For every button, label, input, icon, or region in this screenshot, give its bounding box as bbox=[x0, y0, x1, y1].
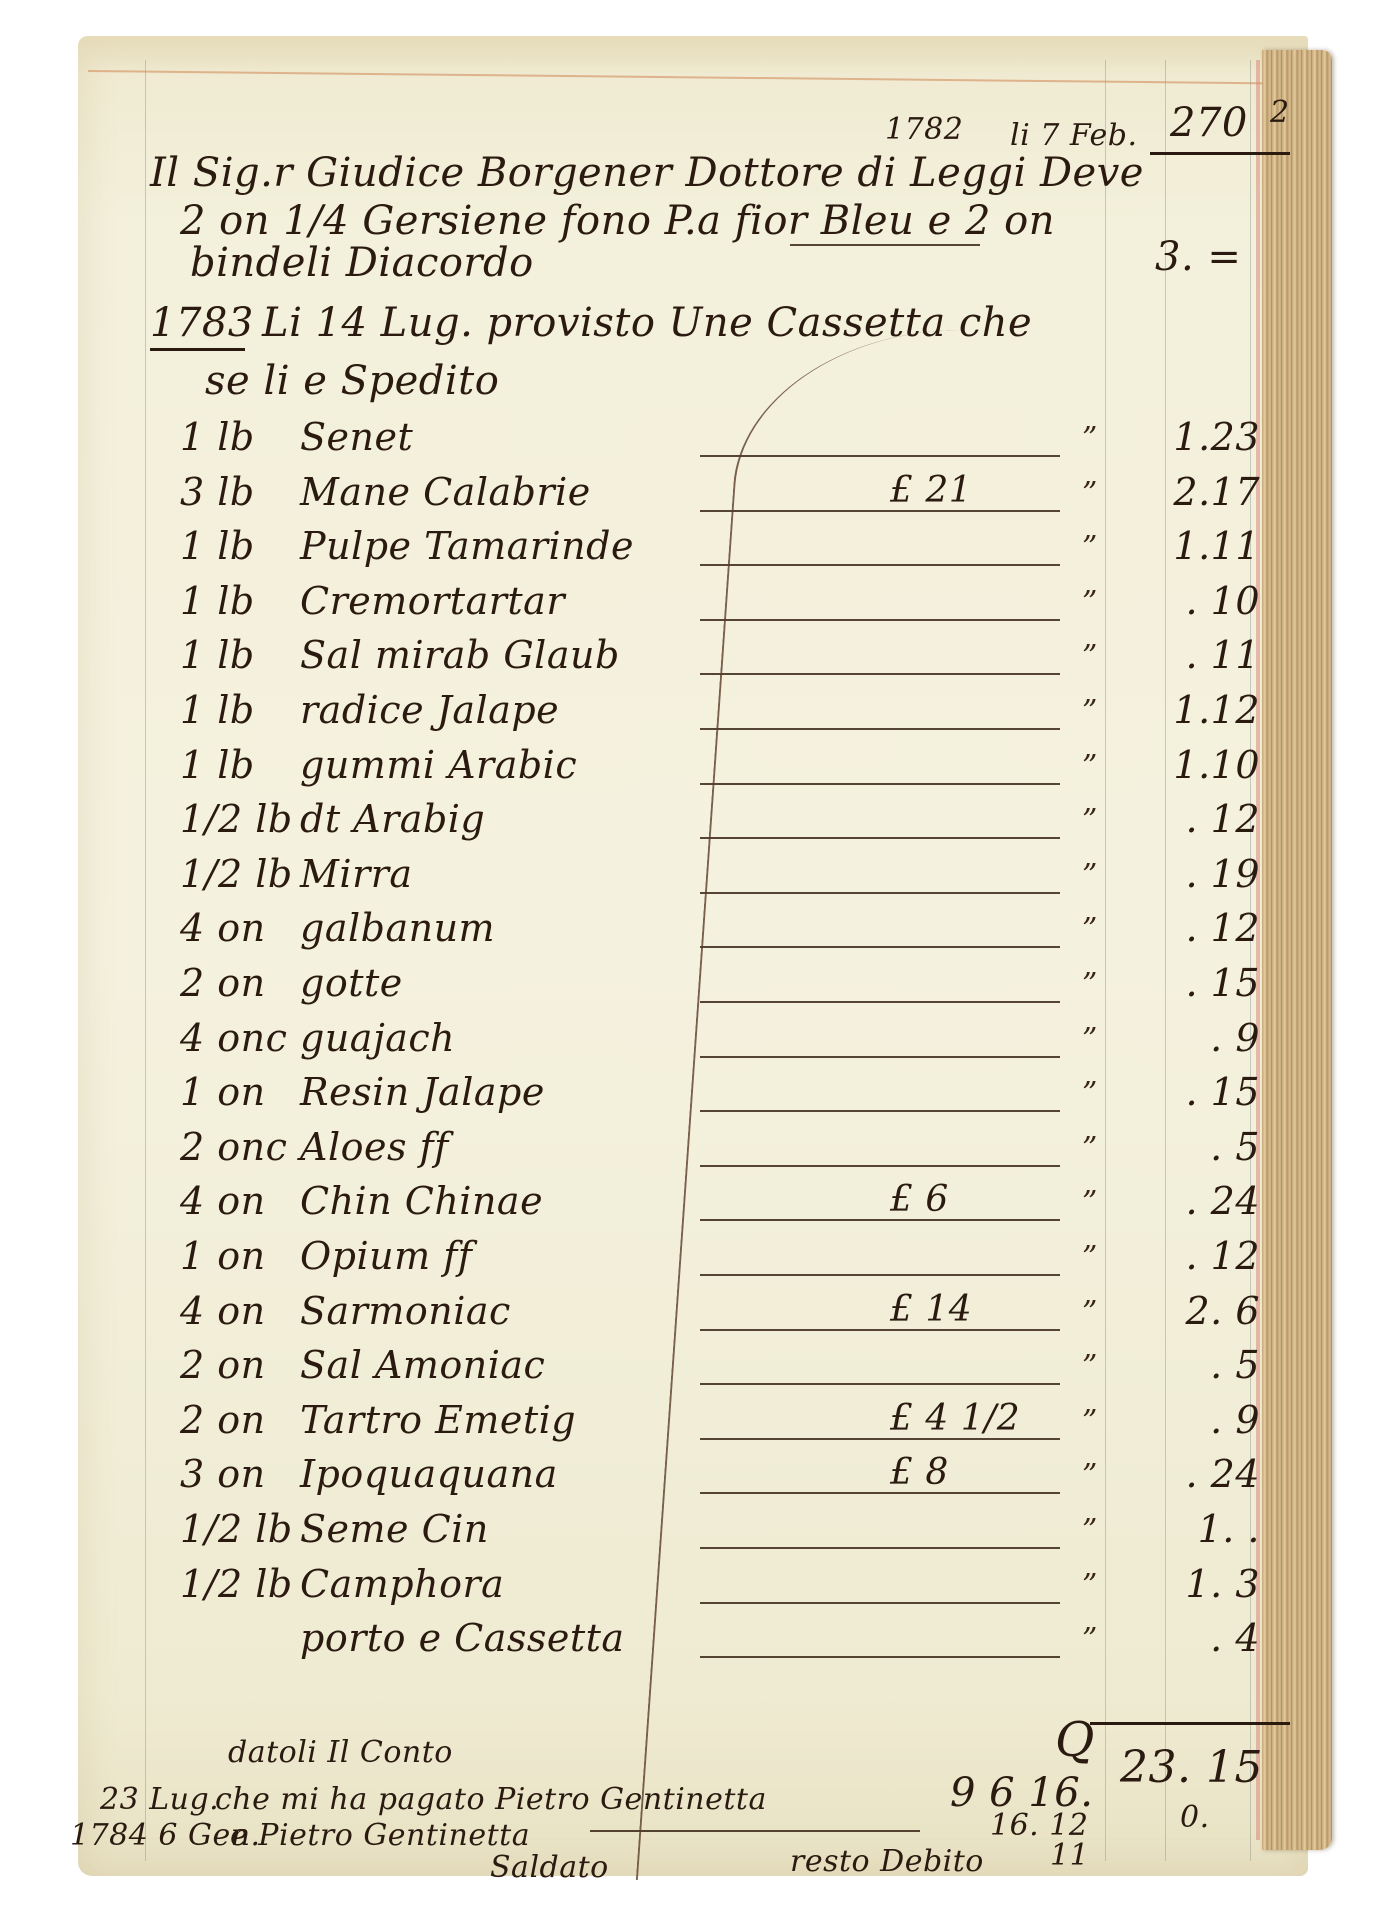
ledger-row: 3 onIpoquaquana£ 8”. 24 bbox=[0, 1452, 1400, 1510]
item-amount: . 5 bbox=[1150, 1343, 1260, 1387]
item-name: porto e Cassetta bbox=[300, 1616, 625, 1660]
footer-saldato: Saldato bbox=[490, 1850, 609, 1885]
ledger-row: 4 oncguajach”. 9 bbox=[0, 1016, 1400, 1074]
footer-line-3: e Pietro Gentinetta bbox=[230, 1818, 530, 1853]
item-quantity: 3 on bbox=[180, 1452, 266, 1496]
fill-line bbox=[700, 1219, 1060, 1221]
fill-line bbox=[700, 619, 1060, 621]
item-name: Aloes ff bbox=[300, 1125, 449, 1169]
item-amount: . 24 bbox=[1150, 1179, 1260, 1223]
fill-line bbox=[700, 892, 1060, 894]
item-quantity: 1/2 lb bbox=[180, 1507, 293, 1551]
entry-year: 1783 bbox=[150, 300, 254, 346]
ditto-mark: ” bbox=[1082, 1513, 1098, 1548]
item-amount: . 15 bbox=[1150, 1070, 1260, 1114]
fill-line bbox=[700, 1547, 1060, 1549]
ledger-row: 1 lbPulpe Tamarinde”1.11 bbox=[0, 524, 1400, 582]
item-amount: 2.17 bbox=[1150, 470, 1260, 514]
total-underline bbox=[1090, 1722, 1290, 1725]
ledger-row: 1 lbSenet”1.23 bbox=[0, 415, 1400, 473]
item-name: Ipoquaquana bbox=[300, 1452, 558, 1496]
ditto-mark: ” bbox=[1082, 639, 1098, 674]
ditto-mark: ” bbox=[1082, 858, 1098, 893]
item-quantity: 1/2 lb bbox=[180, 852, 293, 896]
ditto-mark: ” bbox=[1082, 1131, 1098, 1166]
ledger-row: 2 onTartro Emetig£ 4 1/2”. 9 bbox=[0, 1398, 1400, 1456]
header-amount: 3. = bbox=[1155, 234, 1241, 280]
item-amount: 1. 3 bbox=[1150, 1562, 1260, 1606]
item-amount: . 5 bbox=[1150, 1125, 1260, 1169]
ledger-row: 1/2 lbSeme Cin”1. . bbox=[0, 1507, 1400, 1565]
item-amount: 1.11 bbox=[1150, 524, 1260, 568]
item-unit-price: £ 8 bbox=[890, 1452, 949, 1493]
total-amount: 23. 15 bbox=[1120, 1742, 1263, 1793]
item-amount: . 9 bbox=[1150, 1016, 1260, 1060]
ledger-row: 3 lbMane Calabrie£ 21”2.17 bbox=[0, 470, 1400, 528]
item-quantity: 1 lb bbox=[180, 579, 255, 623]
item-quantity: 1 on bbox=[180, 1070, 266, 1114]
item-quantity: 1 lb bbox=[180, 415, 255, 459]
ditto-mark: ” bbox=[1082, 1076, 1098, 1111]
item-name: Seme Cin bbox=[300, 1507, 489, 1551]
item-quantity: 1 lb bbox=[180, 743, 255, 787]
item-quantity: 4 on bbox=[180, 906, 266, 950]
item-unit-price: £ 6 bbox=[890, 1179, 949, 1220]
item-quantity: 3 lb bbox=[180, 470, 255, 514]
item-name: Pulpe Tamarinde bbox=[300, 524, 634, 568]
footer-remainder: 11 bbox=[1050, 1838, 1089, 1873]
ledger-row: 1 lbSal mirab Glaub”. 11 bbox=[0, 633, 1400, 691]
ledger-row: 2 oncAloes ff”. 5 bbox=[0, 1125, 1400, 1183]
ledger-row: 1/2 lbdt Arabig”. 12 bbox=[0, 797, 1400, 855]
ditto-mark: ” bbox=[1082, 1295, 1098, 1330]
ditto-mark: ” bbox=[1082, 1568, 1098, 1603]
ditto-mark: ” bbox=[1082, 1349, 1098, 1384]
fill-line bbox=[700, 510, 1060, 512]
item-quantity: 1 lb bbox=[180, 524, 255, 568]
total-right-mark: 0. bbox=[1180, 1800, 1210, 1835]
fill-line bbox=[700, 673, 1060, 675]
item-amount: . 9 bbox=[1150, 1398, 1260, 1442]
ditto-mark: ” bbox=[1082, 967, 1098, 1002]
fill-line bbox=[700, 1001, 1060, 1003]
fill-line bbox=[700, 1329, 1060, 1331]
header-year-insert: 1782 bbox=[885, 112, 963, 147]
item-amount: 1.10 bbox=[1150, 743, 1260, 787]
item-name: Tartro Emetig bbox=[300, 1398, 576, 1442]
ledger-row: 4 ongalbanum”. 12 bbox=[0, 906, 1400, 964]
ditto-mark: ” bbox=[1082, 585, 1098, 620]
header-date-insert: li 7 Feb. bbox=[1010, 118, 1138, 153]
ditto-mark: ” bbox=[1082, 912, 1098, 947]
item-unit-price: £ 4 1/2 bbox=[890, 1398, 1020, 1439]
page-number-underline bbox=[1150, 152, 1290, 155]
item-name: dt Arabig bbox=[300, 797, 485, 841]
fill-line bbox=[700, 1492, 1060, 1494]
ledger-row: 1 lbradice Jalape”1.12 bbox=[0, 688, 1400, 746]
item-quantity: 1 lb bbox=[180, 688, 255, 732]
footer-rule bbox=[590, 1830, 920, 1832]
fill-line bbox=[700, 1056, 1060, 1058]
fill-line bbox=[700, 783, 1060, 785]
item-quantity: 1 lb bbox=[180, 633, 255, 677]
item-quantity: 2 onc bbox=[180, 1125, 287, 1169]
item-quantity: 1 on bbox=[180, 1234, 266, 1278]
item-name: Opium ff bbox=[300, 1234, 472, 1278]
header-line-2: 2 on 1/4 Gersiene fono P.a fior Bleu e 2… bbox=[180, 198, 1055, 244]
item-name: radice Jalape bbox=[300, 688, 559, 732]
item-name: Chin Chinae bbox=[300, 1179, 543, 1223]
fill-line bbox=[700, 1165, 1060, 1167]
item-amount: . 10 bbox=[1150, 579, 1260, 623]
item-name: Mane Calabrie bbox=[300, 470, 591, 514]
entry-intro-line-1: Li 14 Lug. provisto Une Cassetta che bbox=[262, 300, 1032, 346]
item-name: Mirra bbox=[300, 852, 413, 896]
fill-line bbox=[700, 1110, 1060, 1112]
ledger-row: porto e Cassetta”. 4 bbox=[0, 1616, 1400, 1674]
item-quantity: 2 on bbox=[180, 961, 266, 1005]
fill-line bbox=[700, 564, 1060, 566]
total-symbol: Q bbox=[1055, 1712, 1095, 1768]
ledger-row: 1/2 lbCamphora”1. 3 bbox=[0, 1562, 1400, 1620]
item-quantity: 4 on bbox=[180, 1289, 266, 1333]
item-quantity: 2 on bbox=[180, 1398, 266, 1442]
item-amount: . 4 bbox=[1150, 1616, 1260, 1660]
ditto-mark: ” bbox=[1082, 803, 1098, 838]
ledger-row: 2 onSal Amoniac”. 5 bbox=[0, 1343, 1400, 1401]
item-amount: . 12 bbox=[1150, 906, 1260, 950]
item-amount: 1. . bbox=[1150, 1507, 1260, 1551]
header-line-1: Il Sig.r Giudice Borgener Dottore di Leg… bbox=[150, 150, 1144, 196]
ledger-row: 4 onSarmoniac£ 14”2. 6 bbox=[0, 1289, 1400, 1347]
fill-line bbox=[700, 1274, 1060, 1276]
item-amount: 1.12 bbox=[1150, 688, 1260, 732]
ditto-mark: ” bbox=[1082, 1240, 1098, 1275]
ditto-mark: ” bbox=[1082, 421, 1098, 456]
item-amount: 1.23 bbox=[1150, 415, 1260, 459]
entry-year-underline bbox=[150, 348, 245, 351]
item-unit-price: £ 21 bbox=[890, 470, 972, 511]
item-name: gotte bbox=[300, 961, 403, 1005]
fill-line bbox=[700, 728, 1060, 730]
ledger-row: 4 onChin Chinae£ 6”. 24 bbox=[0, 1179, 1400, 1237]
footer-line-2: che mi ha pagato Pietro Gentinetta bbox=[215, 1782, 767, 1817]
ditto-mark: ” bbox=[1082, 694, 1098, 729]
item-name: Senet bbox=[300, 415, 413, 459]
ditto-mark: ” bbox=[1082, 1022, 1098, 1057]
top-fold-line bbox=[88, 70, 1268, 84]
fill-line bbox=[700, 946, 1060, 948]
ledger-row: 2 ongotte”. 15 bbox=[0, 961, 1400, 1019]
item-name: Sal mirab Glaub bbox=[300, 633, 620, 677]
item-amount: 2. 6 bbox=[1150, 1289, 1260, 1333]
fill-line bbox=[700, 1383, 1060, 1385]
footer-line-1: datoli Il Conto bbox=[228, 1735, 453, 1770]
ditto-mark: ” bbox=[1082, 1185, 1098, 1220]
fill-line bbox=[700, 837, 1060, 839]
item-name: Sal Amoniac bbox=[300, 1343, 545, 1387]
ledger-row: 1 onResin Jalape”. 15 bbox=[0, 1070, 1400, 1128]
ledger-row: 1 lbgummi Arabic”1.10 bbox=[0, 743, 1400, 801]
item-amount: . 11 bbox=[1150, 633, 1260, 677]
item-name: gummi Arabic bbox=[300, 743, 577, 787]
fill-line bbox=[700, 455, 1060, 457]
entry-intro-line-2: se li e Spedito bbox=[205, 358, 499, 404]
ledger-row: 1 lbCremortartar”. 10 bbox=[0, 579, 1400, 637]
footer-date-1: 23 Lug. bbox=[100, 1782, 219, 1817]
item-name: guajach bbox=[300, 1016, 455, 1060]
item-quantity: 4 onc bbox=[180, 1016, 287, 1060]
ditto-mark: ” bbox=[1082, 749, 1098, 784]
fill-line bbox=[700, 1656, 1060, 1658]
item-quantity: 2 on bbox=[180, 1343, 266, 1387]
page-number: 270 bbox=[1170, 100, 1248, 146]
item-name: galbanum bbox=[300, 906, 495, 950]
ledger-row: 1/2 lbMirra”. 19 bbox=[0, 852, 1400, 910]
item-quantity: 1/2 lb bbox=[180, 1562, 293, 1606]
item-name: Sarmoniac bbox=[300, 1289, 511, 1333]
header-line-3: bindeli Diacordo bbox=[190, 240, 534, 286]
item-unit-price: £ 14 bbox=[890, 1289, 972, 1330]
fill-line bbox=[700, 1602, 1060, 1604]
item-name: Cremortartar bbox=[300, 579, 565, 623]
ditto-mark: ” bbox=[1082, 1458, 1098, 1493]
item-quantity: 1/2 lb bbox=[180, 797, 293, 841]
ledger-row: 1 onOpium ff”. 12 bbox=[0, 1234, 1400, 1292]
item-quantity: 4 on bbox=[180, 1179, 266, 1223]
ditto-mark: ” bbox=[1082, 530, 1098, 565]
item-amount: . 24 bbox=[1150, 1452, 1260, 1496]
ditto-mark: ” bbox=[1082, 1404, 1098, 1439]
header-fill-line bbox=[790, 244, 980, 246]
item-name: Resin Jalape bbox=[300, 1070, 545, 1114]
item-amount: . 12 bbox=[1150, 1234, 1260, 1278]
footer-resto-debito: resto Debito bbox=[790, 1844, 984, 1879]
ditto-mark: ” bbox=[1082, 1622, 1098, 1657]
item-name: Camphora bbox=[300, 1562, 504, 1606]
page-number-suffix: 2 bbox=[1270, 95, 1290, 130]
item-amount: . 15 bbox=[1150, 961, 1260, 1005]
item-amount: . 12 bbox=[1150, 797, 1260, 841]
item-amount: . 19 bbox=[1150, 852, 1260, 896]
ditto-mark: ” bbox=[1082, 476, 1098, 511]
